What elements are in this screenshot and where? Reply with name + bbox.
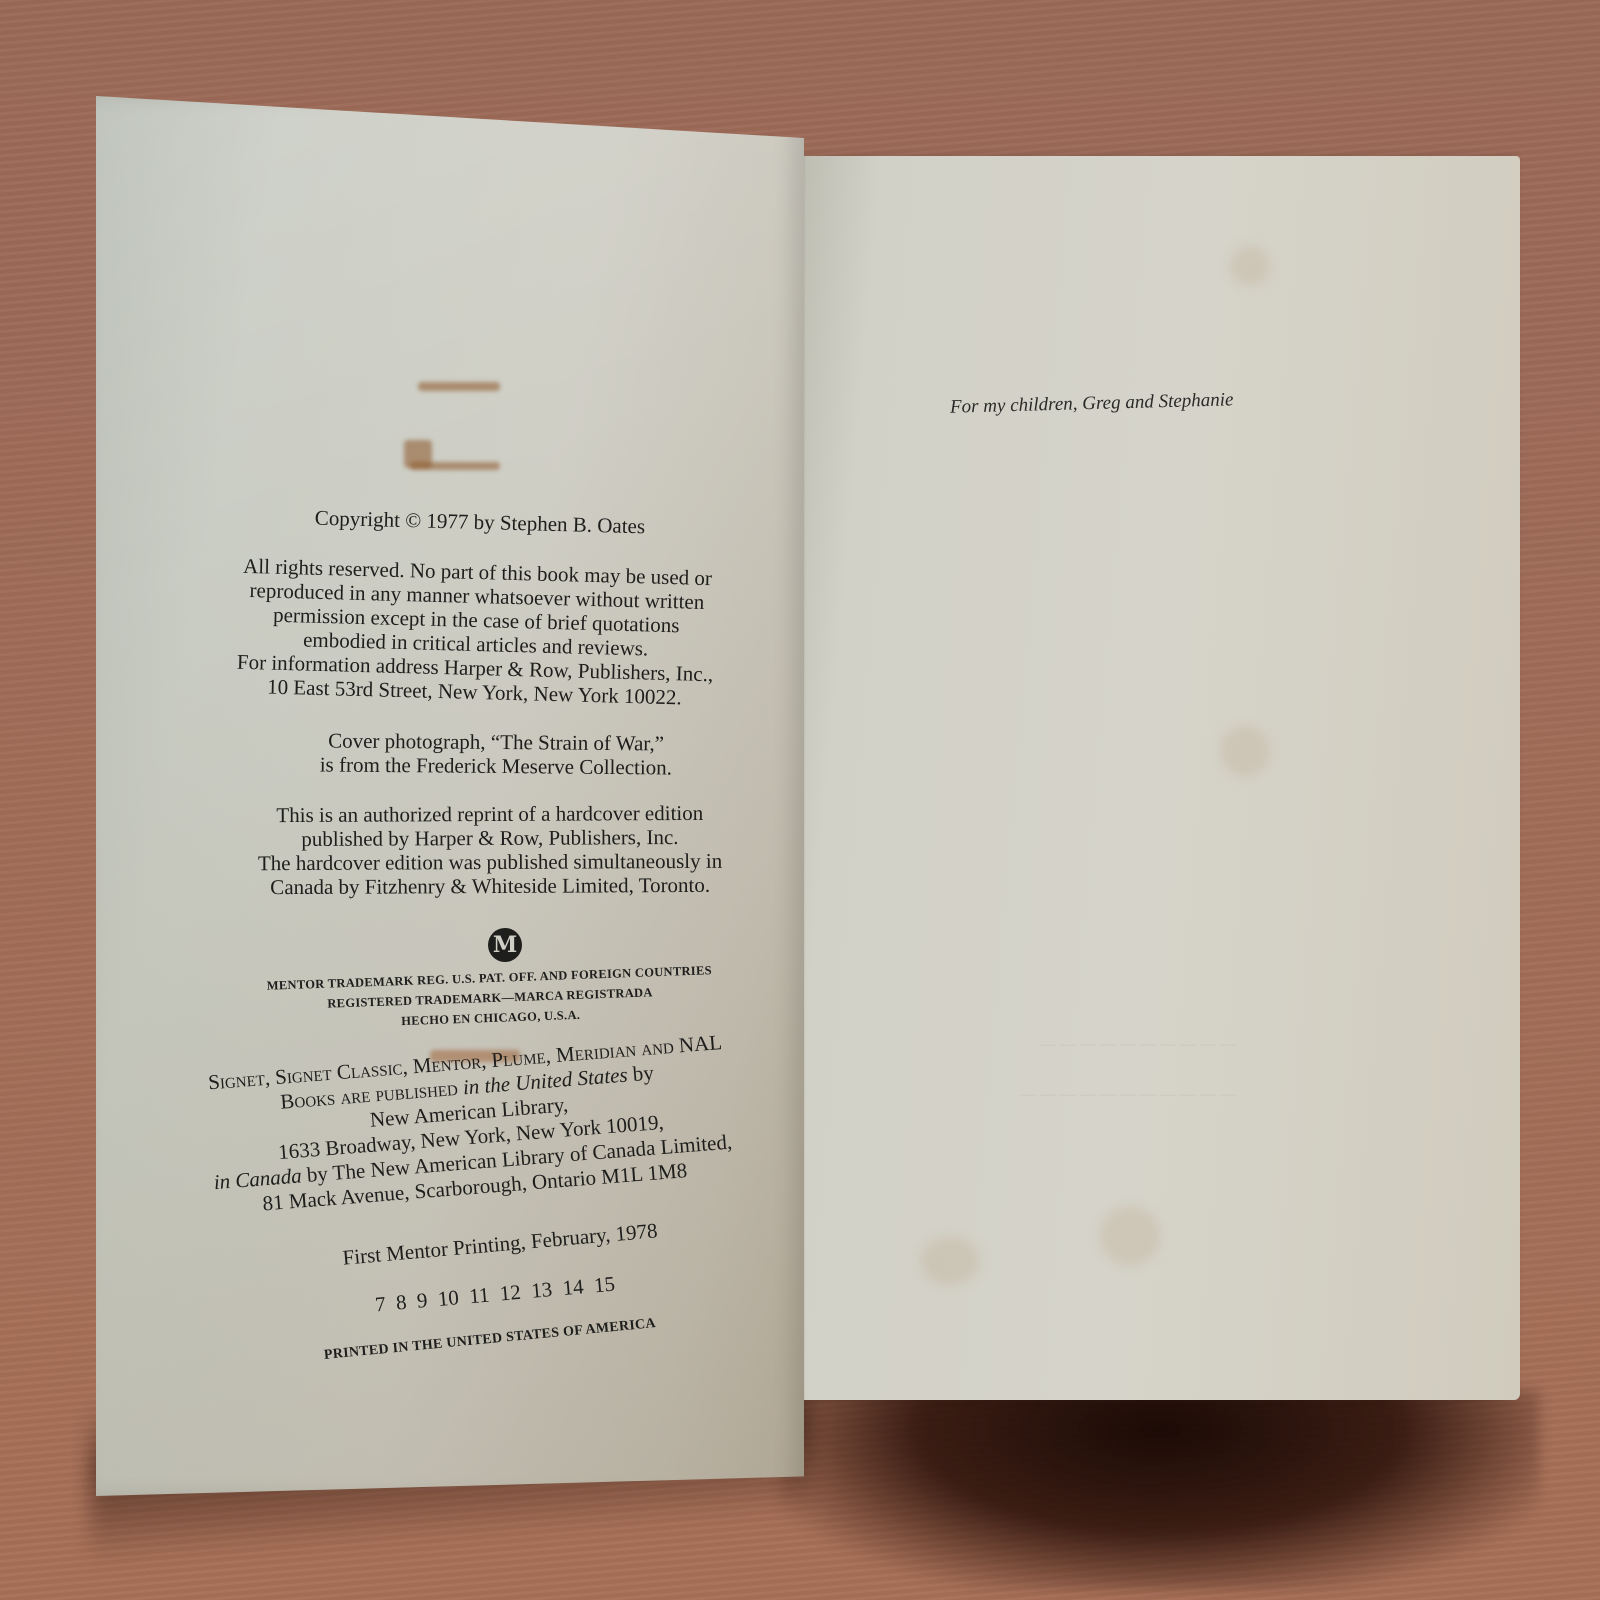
mentor-logo-icon: M: [488, 928, 522, 962]
reprint-line: The hardcover edition was published simu…: [210, 849, 770, 876]
rust-stain: [410, 462, 500, 470]
foxing-spot: [1220, 726, 1270, 776]
cover-credit: Cover photograph, “The Strain of War,” i…: [236, 728, 756, 781]
foxing-spot: [1230, 246, 1270, 286]
book-shadow: [780, 1390, 1540, 1590]
rights-notice: All rights reserved. No part of this boo…: [194, 553, 758, 712]
rust-stain: [418, 382, 500, 391]
imprints-text: by: [627, 1060, 655, 1086]
reprint-line: Canada by Fitzhenry & Whiteside Limited,…: [210, 873, 770, 900]
right-page: — — — — — — — — — — — — — — — — — — — — …: [800, 156, 1520, 1400]
foxing-spot: [1100, 1206, 1160, 1266]
bleed-through-text: — — — — — — — — — — —: [1020, 1086, 1236, 1104]
cover-credit-line: is from the Frederick Meserve Collection…: [236, 752, 756, 781]
reprint-line: This is an authorized reprint of a hardc…: [210, 801, 770, 828]
foxing-spot: [920, 1236, 980, 1286]
reprint-notice: This is an authorized reprint of a hardc…: [210, 801, 770, 900]
reprint-line: published by Harper & Row, Publishers, I…: [210, 825, 770, 852]
bleed-through-text: — — — — — — — — — —: [1040, 1036, 1236, 1054]
